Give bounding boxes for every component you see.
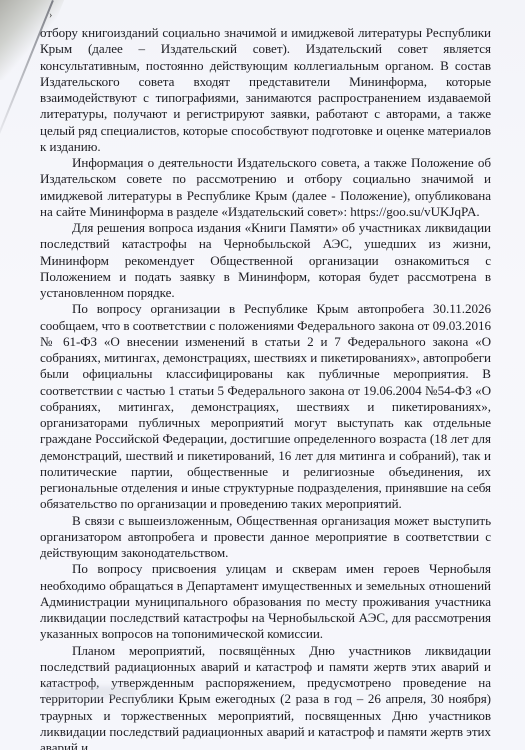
page-corner-mark: ›	[49, 10, 52, 21]
paragraph-conclusion-rally: В связи с вышеизложенным, Общественная о…	[40, 513, 491, 562]
paragraph-street-naming: По вопросу присвоения улицам и скверам и…	[40, 561, 491, 642]
paragraph-book-of-memory: Для решения вопроса издания «Книги Памят…	[40, 220, 491, 301]
paragraph-motor-rally: По вопросу организации в Республике Крым…	[40, 301, 491, 512]
bleed-through-smudge	[45, 686, 135, 698]
paragraph-council-info: Информация о деятельности Издательского …	[40, 155, 491, 220]
document-body: отбору книгоизданий социально значимой и…	[40, 25, 491, 750]
paragraph-publishing-council: отбору книгоизданий социально значимой и…	[40, 25, 491, 155]
scanned-document-page: › отбору книгоизданий социально значимой…	[0, 0, 525, 750]
